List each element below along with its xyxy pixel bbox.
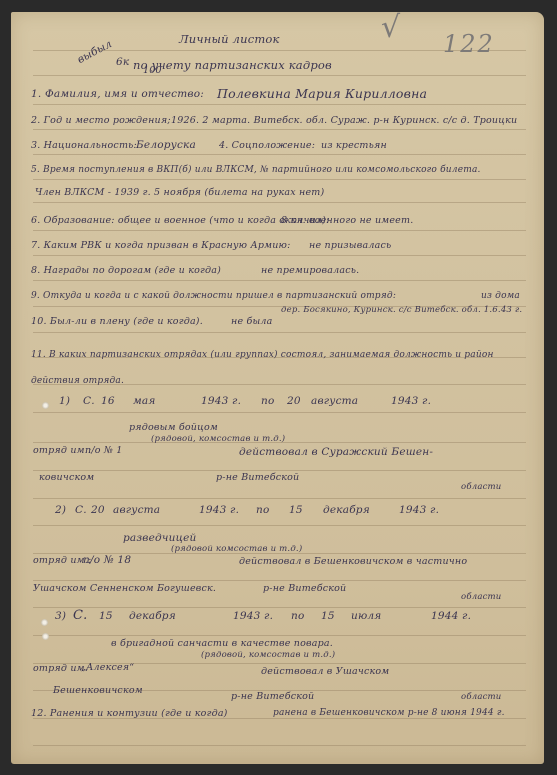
entry-district: р-не Витебской	[216, 472, 299, 483]
field-value-party: Член ВЛКСМ - 1939 г. 5 ноября (билета на…	[35, 187, 324, 198]
field-label-conscription: 7. Каким РВК и когда призван в Красную А…	[31, 240, 291, 251]
entry-role-hint: (рядовой комсостав и т.д.)	[171, 544, 302, 554]
field-label-birth: 2. Год и место рождения;	[31, 115, 171, 126]
entry-district: р-не Витебской	[263, 583, 346, 594]
rule-line	[33, 635, 526, 636]
rule-line	[33, 280, 526, 281]
entry-to-year: 1943 г.	[399, 504, 439, 516]
field-label-origin: 9. Откуда и когда и с какой должности пр…	[31, 291, 396, 301]
entry-from-day: 20	[91, 504, 105, 516]
entry-from-year: 1943 г.	[233, 610, 273, 622]
entry-acted: действовал в Ушачском	[261, 666, 389, 677]
entry-role-hint: (рядовой, комсостав и т.д.)	[151, 434, 285, 444]
field-value-origin-line2: дер. Босякино, Куринск. с/с Витебск. обл…	[281, 305, 522, 315]
entry-to-year: 1944 г.	[431, 610, 471, 622]
field-value-birth: 1926. 2 марта. Витебск. обл. Сураж. р-н …	[171, 115, 517, 126]
margin-note-sub: 6к	[116, 56, 129, 68]
field-value-conscription: не призывалась	[309, 240, 391, 251]
field-value-social: из крестьян	[321, 140, 387, 151]
rule-line	[33, 745, 526, 746]
field-value-captivity: не была	[231, 316, 273, 327]
entry-unit-label: отряд им.:	[33, 445, 91, 456]
punch-hole	[42, 633, 49, 640]
margin-note-left: выбыл	[75, 38, 114, 66]
rule-line	[33, 75, 526, 76]
entry-role: в бригадной санчасти в качестве повара.	[111, 638, 333, 649]
entry-region: области	[461, 692, 501, 702]
entry-to-day: 20	[287, 395, 301, 407]
field-value-nationality: Белоруска	[136, 139, 196, 151]
document-page: выбыл 6к 100 √ 122 Личный листок по учет…	[11, 12, 544, 764]
entry-to-word: по	[261, 395, 274, 407]
entry-unit: „Алексея“	[81, 662, 134, 673]
document-title: Личный листок	[179, 32, 280, 46]
entry-role: разведчицей	[123, 532, 197, 544]
document-subtitle: по учету партизанских кадров	[133, 58, 332, 72]
entry-to-word: по	[256, 504, 269, 516]
field-label-name: 1. Фамилия, имя и отчество:	[31, 88, 204, 100]
field-value-awards: не премировалась.	[261, 265, 359, 276]
rule-line	[33, 332, 526, 333]
punch-hole	[42, 402, 49, 409]
entry-to-word: по	[291, 610, 304, 622]
entry-from-day: 15	[99, 610, 113, 622]
entry-index: 2)	[55, 504, 66, 516]
field-value-name: Полевкина Мария Кирилловна	[217, 86, 427, 101]
field-label-captivity: 10. Был-ли в плену (где и когда).	[31, 316, 203, 327]
rule-line	[33, 412, 526, 413]
field-label-units: 11. В каких партизанских отрядах (или гр…	[31, 342, 531, 394]
entry-from-month: декабря	[129, 610, 176, 622]
entry-region: области	[461, 482, 501, 492]
field-label-wounds: 12. Ранения и контузии (где и когда)	[31, 708, 228, 719]
field-label-social: 4. Соцположение:	[219, 140, 315, 151]
entry-to-month: июля	[351, 610, 381, 622]
entry-from-day: 16	[101, 395, 115, 407]
entry-role-hint: (рядовой, комсостав и т.д.)	[201, 650, 335, 660]
field-value-origin: из дома	[481, 291, 520, 301]
rule-line	[33, 179, 526, 180]
rule-line	[33, 154, 526, 155]
field-value-education: 8 кл. военного не имеет.	[281, 215, 413, 226]
entry-acted: действовал в Бешенковичском в частично	[239, 556, 467, 567]
entry-index: 3)	[55, 610, 66, 622]
entry-index: 1)	[59, 395, 70, 407]
entry-unit: п/о № 1	[85, 445, 123, 456]
punch-hole	[41, 619, 48, 626]
entry-from-prefix: С.	[83, 395, 95, 407]
entry-district: р-не Витебской	[231, 691, 314, 702]
entry-acted: действовал в Суражский Бешен-	[239, 446, 433, 458]
rule-line	[33, 498, 526, 499]
entry-unit-label: отряд им.	[33, 663, 88, 674]
field-label-nationality: 3. Национальность:	[31, 140, 137, 151]
rule-line	[33, 104, 526, 105]
entry-from-prefix: С.	[75, 504, 87, 516]
entry-from-year: 1943 г.	[201, 395, 241, 407]
rule-line	[33, 580, 526, 581]
rule-line	[33, 255, 526, 256]
entry-to-day: 15	[289, 504, 303, 516]
entry-from-prefix: С.	[73, 608, 87, 623]
entry-from-month: мая	[133, 395, 156, 407]
entry-to-month: декабря	[323, 504, 370, 516]
entry-from-month: августа	[113, 504, 160, 516]
field-value-wounds: ранена в Бешенковичском р-не 8 июня 1944…	[273, 708, 505, 718]
archive-number: 122	[443, 30, 495, 58]
field-label-awards: 8. Награды по дорогам (где и когда)	[31, 265, 221, 276]
entry-acted-cont: Ушачском Сенненском Богушевск.	[33, 583, 216, 594]
rule-line	[33, 230, 526, 231]
field-label-party: 5. Время поступления в ВКП(б) или ВЛКСМ,…	[31, 165, 481, 175]
entry-to-year: 1943 г.	[391, 395, 431, 407]
rule-line	[33, 607, 526, 608]
entry-role: рядовым бойцом	[129, 422, 218, 433]
entry-region: области	[461, 592, 501, 602]
entry-acted-cont: ковичском	[39, 472, 94, 483]
rule-line	[33, 525, 526, 526]
rule-line	[33, 129, 526, 130]
rule-line	[33, 202, 526, 203]
checkmark-icon: √	[381, 10, 400, 45]
entry-to-day: 15	[321, 610, 335, 622]
entry-to-month: августа	[311, 395, 358, 407]
entry-unit: п/о № 18	[83, 554, 131, 566]
entry-from-year: 1943 г.	[199, 504, 239, 516]
rule-line	[33, 470, 526, 471]
entry-acted-cont: Бешенковичском	[53, 685, 143, 696]
